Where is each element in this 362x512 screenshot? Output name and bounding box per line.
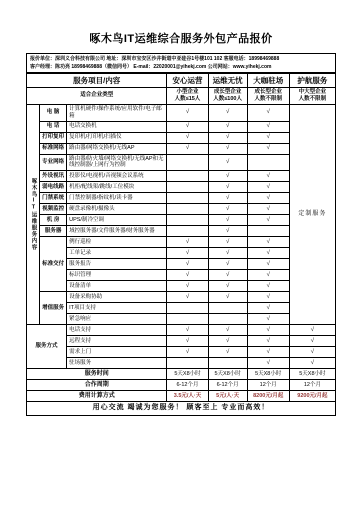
check-cell: √: [208, 325, 247, 336]
content-cell: 设备采购协助: [67, 292, 167, 303]
table-row: 标准交付 例行巡检 √ √ √: [27, 237, 336, 248]
suitable-tier3-line2: 人数不限制: [250, 96, 287, 103]
service-time-row: 服务时间 5天X8小时 5天X8小时 5天X8小时 5天X8小时: [27, 369, 336, 380]
content-cell: 域控服务器/文件服务器/财务服务器: [67, 226, 167, 237]
summary-label: 合作周期: [27, 380, 167, 391]
table-row: 弱电线路 机柜/配线架/跳线/工位模块 √ √: [27, 182, 336, 193]
company-info-line1: 报价单位：深圳义合科技有限公司 地址：深圳市宝安区沙井街道中亚硅谷1号楼101 …: [30, 55, 332, 63]
check-cell: √: [208, 226, 247, 237]
summary-value: 5天X8小时: [289, 369, 335, 380]
content-cell: 电话支持: [67, 325, 167, 336]
check-cell: √: [247, 215, 289, 226]
content-cell: 路由器/防火墙/网络交换机/无线AP和无线控制器/上网行为控制: [67, 154, 167, 171]
left-strip-label: 啄木鸟IT运维服务内容: [27, 104, 40, 325]
check-cell: √: [247, 182, 289, 193]
check-cell: √: [247, 204, 289, 215]
check-cell: [247, 226, 289, 237]
category-cell: 专业网络: [40, 154, 67, 171]
category-cell: 弱电线路: [40, 182, 67, 193]
check-cell: √: [167, 237, 208, 248]
check-cell: [167, 182, 208, 193]
summary-value: 5天X8小时: [247, 369, 289, 380]
check-cell: √: [247, 143, 289, 154]
header-service-items: 服务项目/内容: [27, 74, 167, 88]
check-cell: √: [247, 336, 289, 347]
category-cell: 打印复印: [40, 132, 67, 143]
check-cell: √: [167, 281, 208, 292]
custom-service-cell: 定制服务: [289, 104, 335, 325]
check-cell: √: [208, 248, 247, 259]
table-row: 紧急响应 √: [27, 314, 336, 325]
suitable-label: 适合企业类型: [27, 88, 167, 105]
check-cell: [167, 314, 208, 325]
table-row: 外设视讯 投影仪/电视机/音视频会议系统 √ √: [27, 171, 336, 182]
suitable-tier1-line1: 小型企业: [169, 89, 205, 96]
category-cell: 服务器: [40, 226, 67, 237]
table-row: 需求上门 √ √ √ √: [27, 347, 336, 358]
check-cell: √: [208, 104, 247, 121]
pricing-row: 费用计算方式 3.5元/人·天 5元/人·天 8200元/月起 9200元/月起: [27, 391, 336, 402]
check-cell: [167, 303, 208, 314]
content-cell: 投影仪/电视机/音视频会议系统: [67, 171, 167, 182]
check-cell: √: [208, 132, 247, 143]
check-cell: √: [208, 143, 247, 154]
company-info-line2: 客户经理：陈功亮 18998469888（微信同号） E-mail：220200…: [30, 63, 332, 71]
check-cell: √: [247, 248, 289, 259]
check-cell: √: [208, 193, 247, 204]
check-cell: √: [247, 358, 289, 369]
check-cell: √: [247, 132, 289, 143]
check-cell: √: [167, 248, 208, 259]
content-cell: 紧急响应: [67, 314, 167, 325]
slogan-row: 用心交流 竭诚为您服务！ 顾客至上 专业而高效！: [27, 402, 336, 416]
suitable-tier3: 成长型企业 人数不限制: [247, 88, 289, 105]
suitable-tier2-line1: 成长型企业: [211, 89, 245, 96]
table-row: 啄木鸟IT运维服务内容 电 脑 计算机硬件/操作系统/应用软件/电子邮箱 √ √…: [27, 104, 336, 121]
cooperation-period-row: 合作周期 6-12个月 6-12个月 12个月 12个月: [27, 380, 336, 391]
check-cell: √: [208, 237, 247, 248]
table-row: 工单记录 √ √ √: [27, 248, 336, 259]
check-cell: √: [247, 281, 289, 292]
check-cell: √: [289, 336, 335, 347]
summary-label: 费用计算方式: [27, 391, 167, 402]
check-cell: √: [208, 204, 247, 215]
check-cell: √: [247, 325, 289, 336]
check-cell: √: [208, 182, 247, 193]
check-cell: √: [247, 237, 289, 248]
page-title: 啄木鸟IT运维综合服务外包产品报价: [0, 0, 362, 46]
category-cell: 电 话: [40, 121, 67, 132]
suitable-enterprise-row: 适合企业类型 小型企业 人数≤15人 成长型企业 人数≤100人 成长型企业 人…: [27, 88, 336, 105]
check-cell: √: [208, 347, 247, 358]
table-header-row: 服务项目/内容 安心运营 运维无忧 大咖驻场 护航服务: [27, 74, 336, 88]
summary-value: 12个月: [289, 380, 335, 391]
slogan-text: 用心交流 竭诚为您服务！ 顾客至上 专业而高效！: [27, 402, 336, 416]
summary-value: 5天X8小时: [167, 369, 208, 380]
summary-value: 6-12个月: [167, 380, 208, 391]
check-cell: √: [208, 281, 247, 292]
check-cell: √: [247, 347, 289, 358]
suitable-tier2-line2: 人数≤100人: [211, 96, 245, 103]
check-cell: √: [289, 325, 335, 336]
check-cell: √: [208, 171, 247, 182]
check-cell: [167, 215, 208, 226]
check-cell: √: [208, 270, 247, 281]
content-cell: UPS/制冷空调: [67, 215, 167, 226]
check-cell: √: [208, 121, 247, 132]
check-cell: √: [289, 347, 335, 358]
content-cell: 门禁控制器/指纹机/读卡器: [67, 193, 167, 204]
quotation-page: 啄木鸟IT运维综合服务外包产品报价 报价单位：深圳义合科技有限公司 地址：深圳市…: [0, 0, 362, 512]
summary-value: 6-12个月: [208, 380, 247, 391]
category-value-added: 增值服务: [40, 292, 67, 325]
check-cell: √: [247, 171, 289, 182]
content-cell: 计算机硬件/操作系统/应用软件/电子邮箱: [67, 104, 167, 121]
table-row: 服务报告 √ √ √: [27, 259, 336, 270]
content-cell: 需求上门: [67, 347, 167, 358]
table-row: 远程支持 √ √ √ √: [27, 336, 336, 347]
check-cell: √: [208, 259, 247, 270]
suitable-tier4-line1: 中大型企业: [292, 89, 333, 96]
check-cell: √: [208, 215, 247, 226]
category-cell: 机 房: [40, 215, 67, 226]
content-cell: 工单记录: [67, 248, 167, 259]
check-cell: [247, 154, 289, 171]
summary-value: 5天X8小时: [208, 369, 247, 380]
table-row: 标准网络 路由器/网络交换机/无线AP √ √ √: [27, 143, 336, 154]
category-cell: 标准网络: [40, 143, 67, 154]
check-cell: √: [247, 270, 289, 281]
check-cell: √: [167, 104, 208, 121]
suitable-tier1-line2: 人数≤15人: [169, 96, 205, 103]
table-row: 打印复印 复印机/打印机/扫描仪 √ √ √: [27, 132, 336, 143]
check-cell: √: [167, 143, 208, 154]
content-cell: 服务报告: [67, 259, 167, 270]
content-cell: 机柜/配线架/跳线/工位模块: [67, 182, 167, 193]
summary-label: 服务时间: [27, 369, 167, 380]
content-cell: 远程支持: [67, 336, 167, 347]
price-value: 9200元/月起: [289, 391, 335, 402]
category-service-mode: 服务方式: [27, 325, 67, 369]
content-cell: IT项目支持: [67, 303, 167, 314]
company-info-box: 报价单位：深圳义合科技有限公司 地址：深圳市宝安区沙井街道中亚硅谷1号楼101 …: [26, 53, 336, 73]
category-cell: 门禁系统: [40, 193, 67, 204]
check-cell: √: [167, 336, 208, 347]
content-cell: 电话交换机: [67, 121, 167, 132]
check-cell: [208, 314, 247, 325]
content-cell: 标识管理: [67, 270, 167, 281]
category-standard-delivery: 标准交付: [40, 237, 67, 292]
check-cell: √: [247, 104, 289, 121]
tier-daka: 大咖驻场: [247, 74, 289, 88]
suitable-tier2: 成长型企业 人数≤100人: [208, 88, 247, 105]
table-row: 机 房 UPS/制冷空调 √ √: [27, 215, 336, 226]
check-cell: √: [247, 121, 289, 132]
table-row: 服务器 域控服务器/文件服务器/财务服务器 √: [27, 226, 336, 237]
check-cell: √: [208, 292, 247, 303]
check-cell: √: [208, 154, 247, 171]
check-cell: √: [247, 193, 289, 204]
tier-yunwei: 运维无忧: [208, 74, 247, 88]
content-cell: 驻场服务: [67, 358, 167, 369]
table-row: 驻场服务 √ √: [27, 358, 336, 369]
content-cell: 路由器/网络交换机/无线AP: [67, 143, 167, 154]
table-row: 门禁系统 门禁控制器/指纹机/读卡器 √ √: [27, 193, 336, 204]
table-row: 视频监控 硬盘录像机/摄像头 √ √: [27, 204, 336, 215]
check-cell: [167, 171, 208, 182]
check-cell: √: [247, 303, 289, 314]
check-cell: √: [167, 121, 208, 132]
check-cell: √: [167, 292, 208, 303]
category-cell: 电 脑: [40, 104, 67, 121]
suitable-tier4: 中大型企业 人数不限制: [289, 88, 335, 105]
check-cell: √: [247, 292, 289, 303]
check-cell: √: [167, 347, 208, 358]
check-cell: √: [167, 259, 208, 270]
check-cell: [208, 303, 247, 314]
tier-huhang: 护航服务: [289, 74, 335, 88]
quotation-table: 服务项目/内容 安心运营 运维无忧 大咖驻场 护航服务 适合企业类型 小型企业 …: [26, 73, 336, 416]
check-cell: √: [289, 358, 335, 369]
price-value: 8200元/月起: [247, 391, 289, 402]
suitable-tier1: 小型企业 人数≤15人: [167, 88, 208, 105]
content-cell: 硬盘录像机/摄像头: [67, 204, 167, 215]
table-row: IT项目支持 √: [27, 303, 336, 314]
check-cell: √: [247, 314, 289, 325]
check-cell: [167, 204, 208, 215]
check-cell: √: [167, 325, 208, 336]
category-cell: 外设视讯: [40, 171, 67, 182]
check-cell: [167, 226, 208, 237]
table-row: 增值服务 设备采购协助 √ √ √: [27, 292, 336, 303]
table-row: 专业网络 路由器/防火墙/网络交换机/无线AP和无线控制器/上网行为控制 √: [27, 154, 336, 171]
check-cell: [167, 193, 208, 204]
check-cell: [167, 358, 208, 369]
check-cell: √: [167, 132, 208, 143]
category-cell: 视频监控: [40, 204, 67, 215]
tier-anxin: 安心运营: [167, 74, 208, 88]
suitable-tier4-line2: 人数不限制: [292, 96, 333, 103]
check-cell: [167, 154, 208, 171]
table-row: 电 话 电话交换机 √ √ √: [27, 121, 336, 132]
price-value: 3.5元/人·天: [167, 391, 208, 402]
table-row: 设备清单 √ √ √: [27, 281, 336, 292]
check-cell: [208, 358, 247, 369]
summary-value: 12个月: [247, 380, 289, 391]
content-cell: 设备清单: [67, 281, 167, 292]
content-cell: 例行巡检: [67, 237, 167, 248]
check-cell: √: [208, 336, 247, 347]
price-value: 5元/人·天: [208, 391, 247, 402]
suitable-tier3-line1: 成长型企业: [250, 89, 287, 96]
check-cell: √: [247, 259, 289, 270]
table-row: 标识管理 √ √ √: [27, 270, 336, 281]
table-row: 服务方式 电话支持 √ √ √ √: [27, 325, 336, 336]
content-cell: 复印机/打印机/扫描仪: [67, 132, 167, 143]
check-cell: √: [167, 270, 208, 281]
